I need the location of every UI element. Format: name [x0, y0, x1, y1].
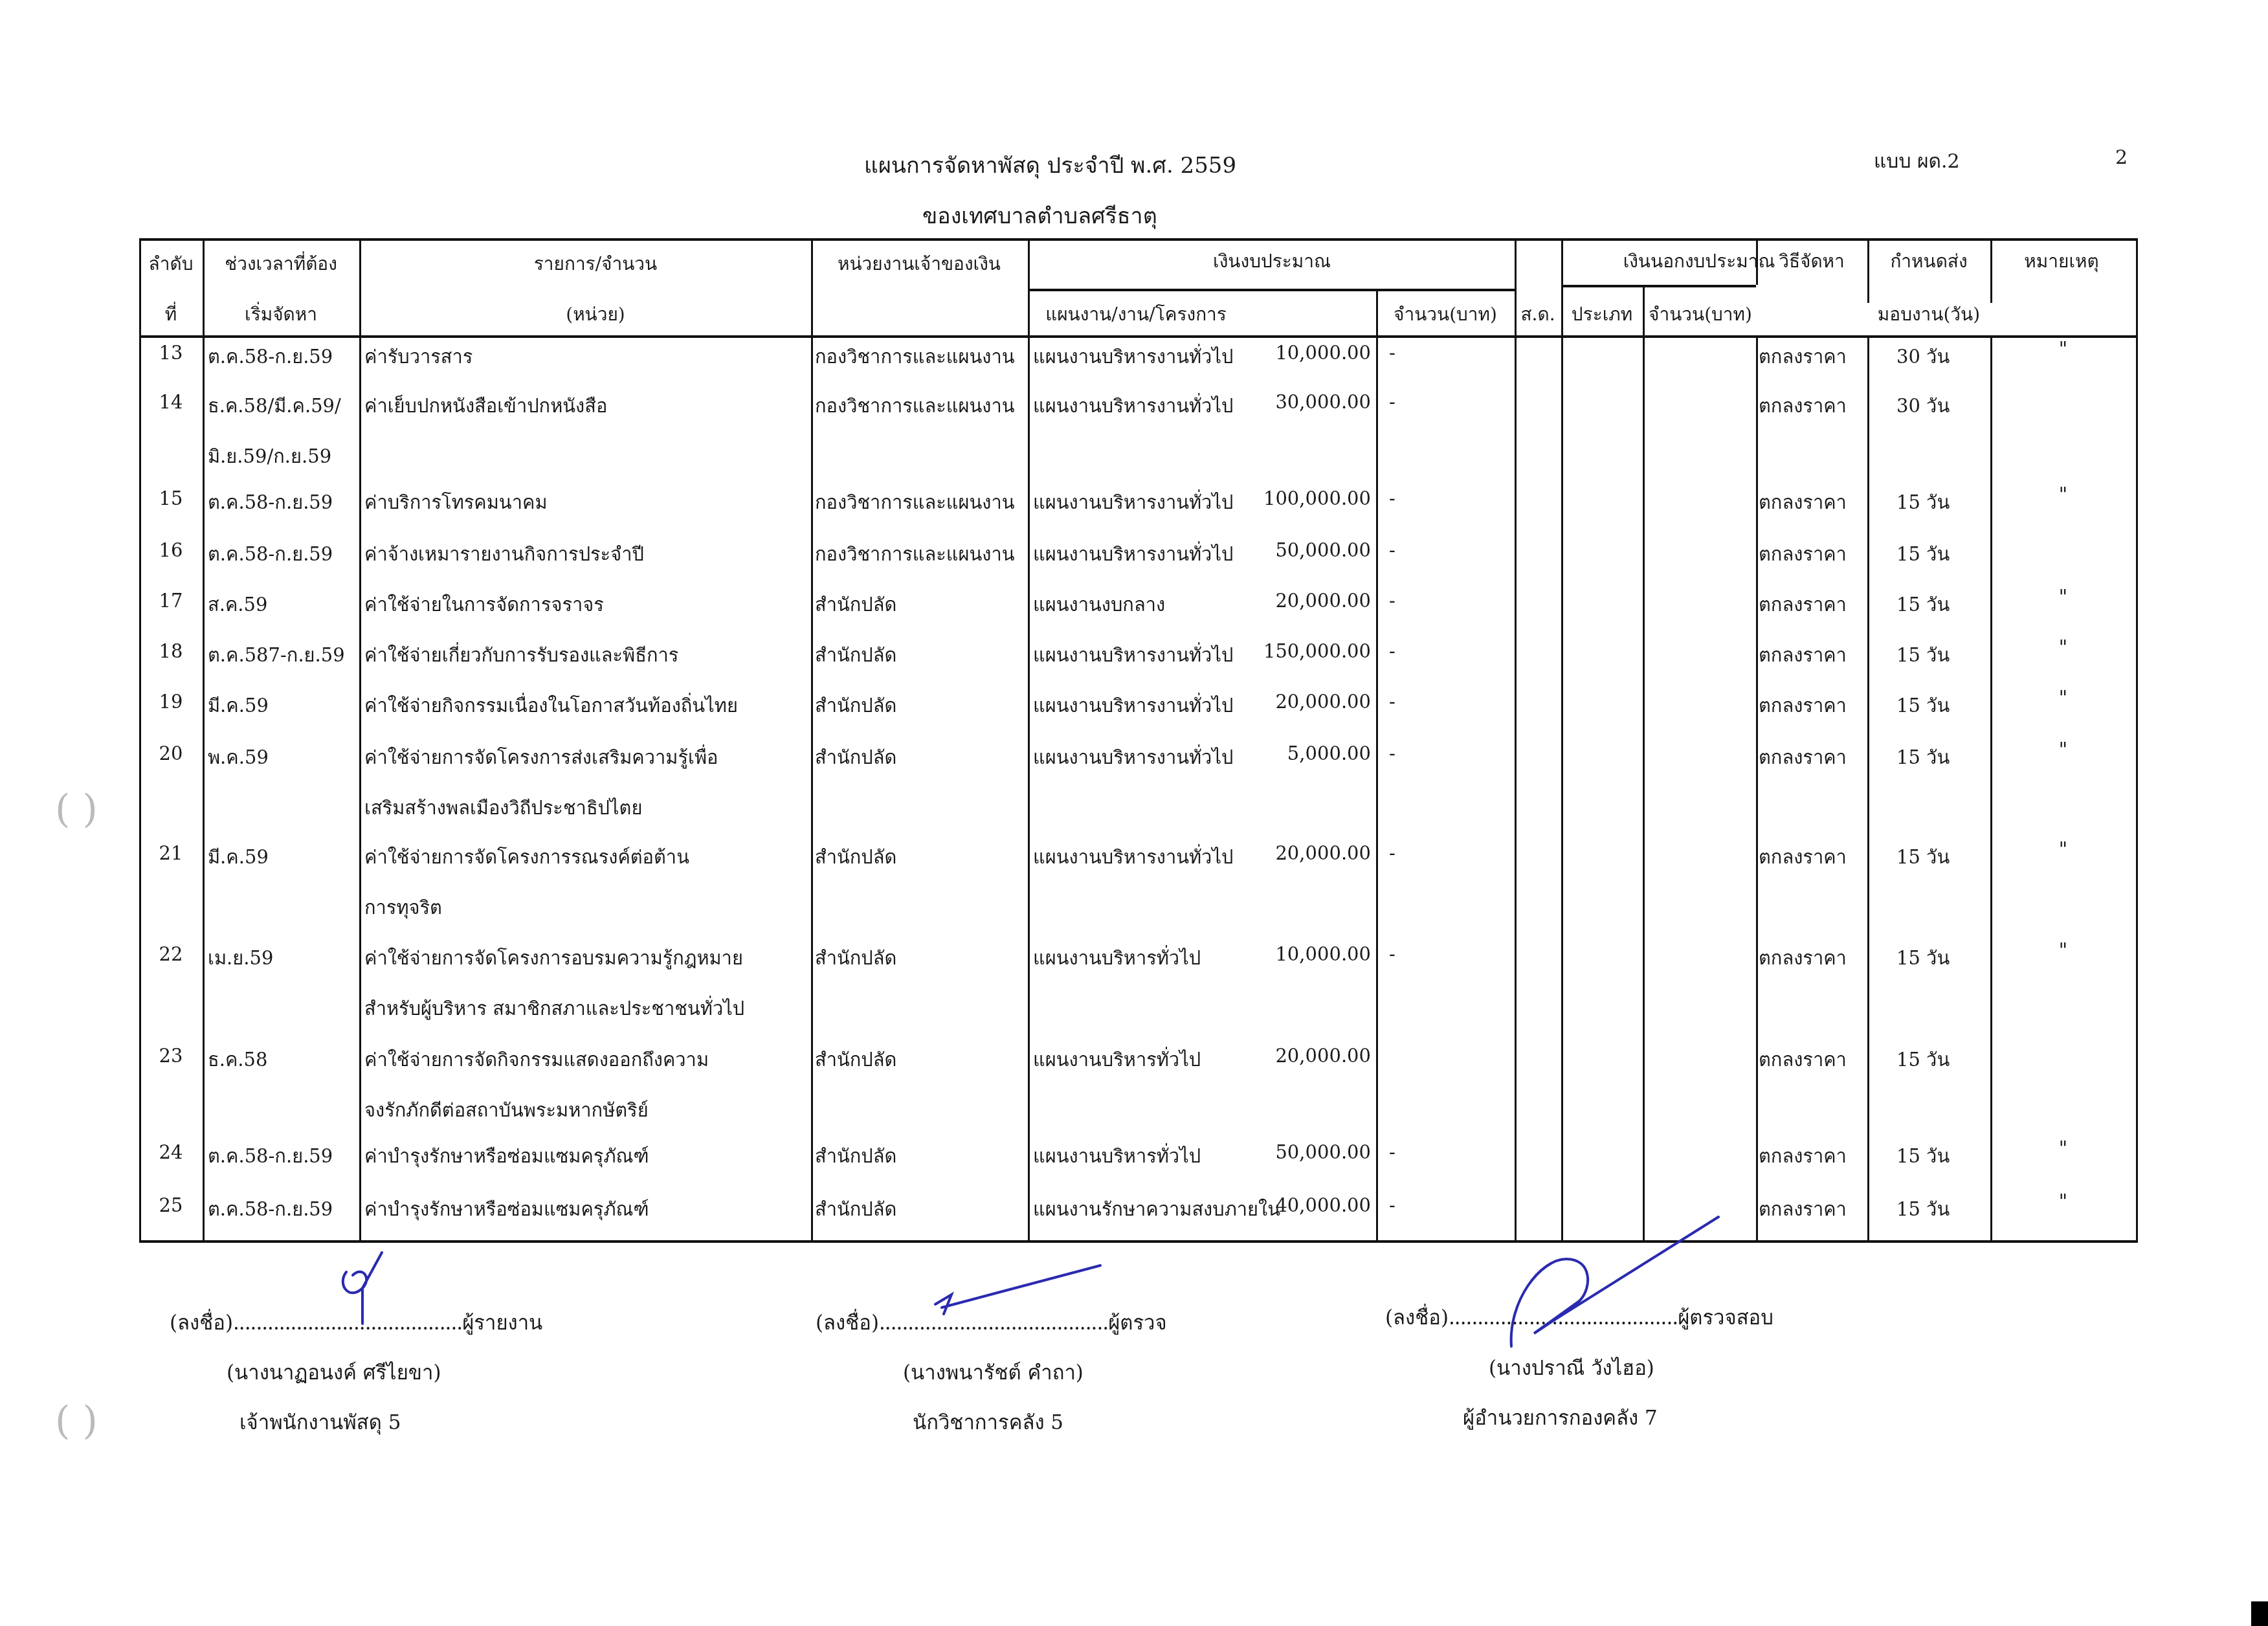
signature-3-icon: [1511, 1217, 1718, 1346]
punch-hole-mark-2: ( ): [55, 1398, 98, 1443]
signature-2-icon: [935, 1265, 1100, 1314]
signature-strokes: [0, 0, 2268, 1626]
scan-edge-mark: [2251, 1601, 2268, 1626]
signature-1-icon: [343, 1253, 382, 1324]
punch-hole-mark: ( ): [55, 786, 98, 832]
